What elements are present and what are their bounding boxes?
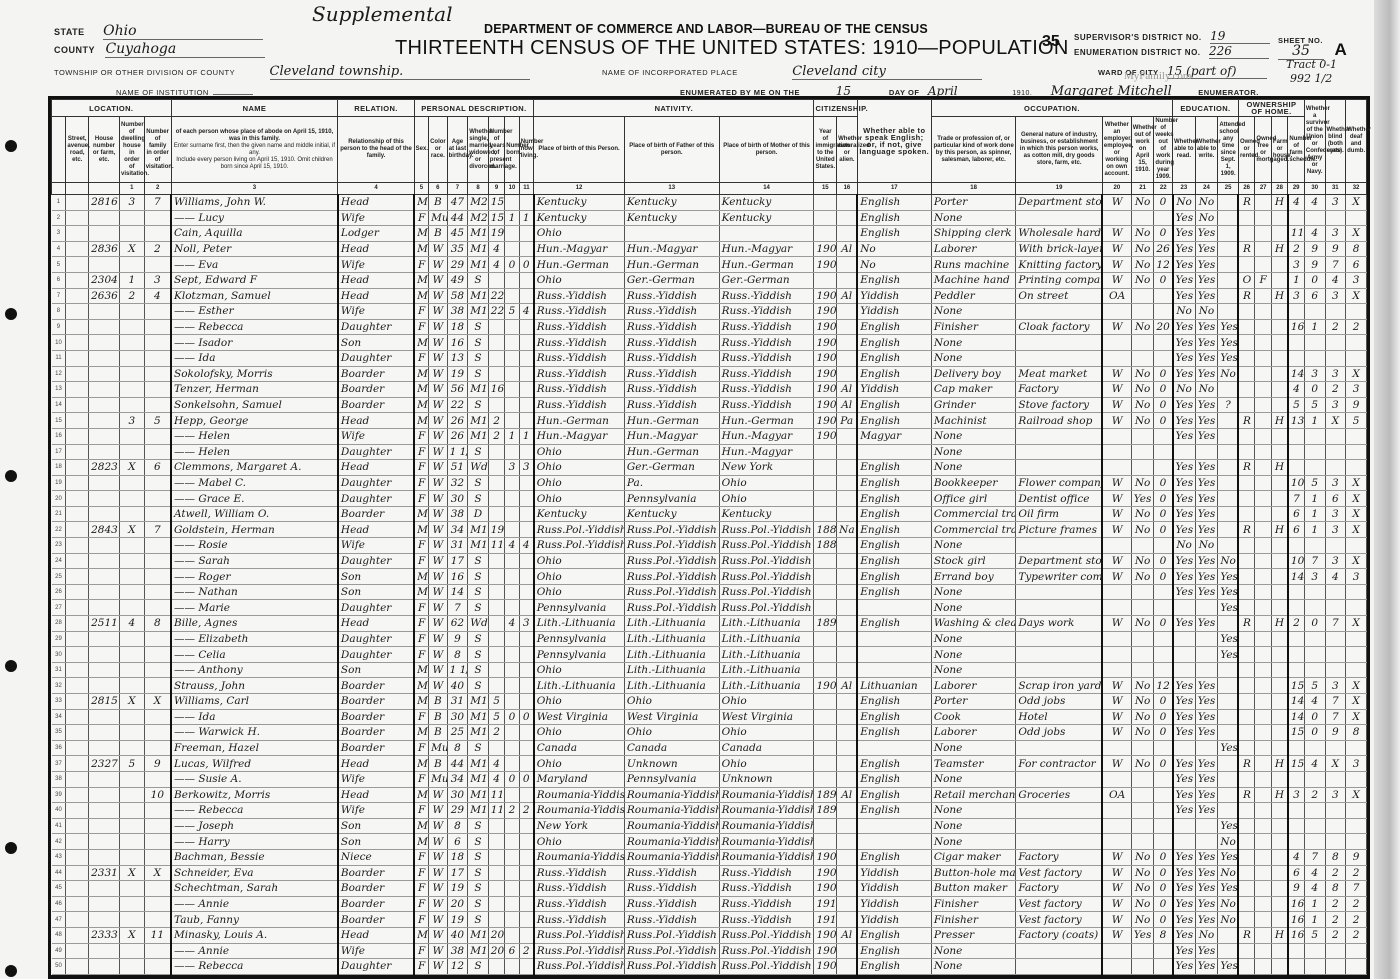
name-desc: of each person whose place of abode on A… <box>173 129 337 143</box>
cell-nat <box>837 818 858 834</box>
cell-wks: 0 <box>1154 756 1173 772</box>
cell-lang <box>857 631 931 647</box>
cell-born <box>505 834 519 850</box>
cell-imm: 1907 <box>814 335 837 351</box>
cell-wks <box>1154 538 1173 554</box>
cell-rel: Boarder <box>338 366 414 382</box>
cell-age: 32 <box>447 475 468 491</box>
cell-house <box>89 304 120 320</box>
cell-mbp: Russ.Pol.-Yiddish <box>719 553 814 569</box>
cell-c3: 7 <box>1325 257 1346 273</box>
cell-own <box>1238 584 1254 600</box>
cell-trade: Finisher <box>931 912 1015 928</box>
cell-house: 2836 <box>89 241 120 257</box>
cell-imm <box>814 725 837 741</box>
table-row: 45Schechtman, SarahBoarderFW19SRuss.-Yid… <box>52 881 1367 897</box>
cell-yrs <box>488 444 504 460</box>
cell-living <box>519 241 534 257</box>
table-row: 30—— CeliaDaughterFW8SPennsylvaniaLith.-… <box>52 647 1367 663</box>
group-personal: PERSONAL DESCRIPTION. <box>414 100 534 117</box>
cell-wr: Yes <box>1195 241 1218 257</box>
cell-mbp: Roumania-Yiddish <box>719 787 814 803</box>
table-row: 32Strauss, JohnBoarderMW40SLith.-Lithuan… <box>52 678 1367 694</box>
cell-wks <box>1154 740 1173 756</box>
cell-dw: 2 <box>119 288 144 304</box>
group-occupation: OCCUPATION. <box>931 100 1172 117</box>
cell-living <box>519 725 534 741</box>
cell-oow <box>1131 335 1154 351</box>
cell-wr: Yes <box>1195 475 1218 491</box>
cell-street <box>66 740 89 756</box>
cell-yrs: 11 <box>488 538 504 554</box>
cell-farm <box>1271 584 1287 600</box>
cell-wks: 0 <box>1154 694 1173 710</box>
cell-mar: S <box>468 912 489 928</box>
cell-lang: English <box>857 195 931 211</box>
cell-c2: 2 <box>1304 787 1325 803</box>
cell-rel: Head <box>338 413 414 429</box>
cell-farm <box>1271 226 1287 242</box>
cell-sex: F <box>414 709 428 725</box>
cell-mbp: Canada <box>719 740 814 756</box>
cell-c1 <box>1288 803 1305 819</box>
line-number: 31 <box>52 662 66 678</box>
cell-mar: M1 <box>468 927 489 943</box>
cell-c4: 2 <box>1346 865 1367 881</box>
cell-bp: West Virginia <box>534 709 625 725</box>
cell-born <box>505 631 519 647</box>
column-number: 18 <box>931 183 1015 195</box>
cell-lang: No <box>857 241 931 257</box>
cell-mbp: Russ.Pol.-Yiddish <box>719 522 814 538</box>
line-number: 50 <box>52 959 66 975</box>
cell-c4 <box>1346 943 1367 959</box>
cell-c1: 15 <box>1288 756 1305 772</box>
cell-emp: W <box>1102 272 1131 288</box>
cell-rd: Yes <box>1173 881 1196 897</box>
cell-c3 <box>1325 350 1346 366</box>
cell-c4 <box>1346 428 1367 444</box>
cell-sch <box>1218 694 1239 710</box>
cell-wr: Yes <box>1195 522 1218 538</box>
cell-race: W <box>429 319 448 335</box>
cell-fam <box>144 382 171 398</box>
department-heading: DEPARTMENT OF COMMERCE AND LABOR—BUREAU … <box>484 22 928 36</box>
cell-mbp <box>719 226 814 242</box>
cell-rd <box>1173 818 1196 834</box>
cell-wr: Yes <box>1195 584 1218 600</box>
cell-lang: Yiddish <box>857 881 931 897</box>
cell-trade: None <box>931 600 1015 616</box>
cell-living <box>519 569 534 585</box>
cell-rel: Wife <box>338 428 414 444</box>
line-number: 10 <box>52 335 66 351</box>
cell-imm <box>814 647 837 663</box>
cell-living <box>519 756 534 772</box>
cell-ind: Vest factory <box>1016 912 1103 928</box>
cell-oow <box>1131 210 1154 226</box>
cell-c3 <box>1325 771 1346 787</box>
cell-born <box>505 725 519 741</box>
cell-age: 1 1/2 <box>447 662 468 678</box>
incorporated-place-label: NAME OF INCORPORATED PLACE <box>602 68 738 77</box>
cell-dw <box>119 803 144 819</box>
cell-farm <box>1271 896 1287 912</box>
cell-c1 <box>1288 444 1305 460</box>
cell-lang: English <box>857 335 931 351</box>
cell-dw <box>119 600 144 616</box>
cell-born <box>505 272 519 288</box>
cell-c1: 16 <box>1288 896 1305 912</box>
line-number: 8 <box>52 304 66 320</box>
cell-mar: M1 <box>468 382 489 398</box>
cell-sex: M <box>414 522 428 538</box>
cell-bp: Russ.-Yiddish <box>534 288 625 304</box>
cell-wr: Yes <box>1195 257 1218 273</box>
cell-dw <box>119 350 144 366</box>
table-row: 3910Berkowitz, MorrisHeadMW30M111Roumani… <box>52 787 1367 803</box>
cell-wr: Yes <box>1195 803 1218 819</box>
cell-trade: None <box>931 959 1015 975</box>
cell-dw <box>119 382 144 398</box>
cell-trade: Retail merchant <box>931 787 1015 803</box>
cell-ind: Odd jobs <box>1016 725 1103 741</box>
tract-number: 992 1/2 <box>1290 72 1332 85</box>
cell-mbp: Roumania-Yiddish <box>719 818 814 834</box>
line-number: 12 <box>52 366 66 382</box>
cell-c1 <box>1288 304 1305 320</box>
table-row: 5—— EvaWifeFW29M1400Hun.-GermanHun.-Germ… <box>52 257 1367 273</box>
cell-emp <box>1102 335 1131 351</box>
cell-race: Mu <box>429 210 448 226</box>
cell-born <box>505 506 519 522</box>
cell-mbp: Lith.-Lithuania <box>719 616 814 632</box>
cell-bp: Russ.-Yiddish <box>534 397 625 413</box>
cell-imm <box>814 662 837 678</box>
line-number: 32 <box>52 678 66 694</box>
cell-rel: Head <box>338 288 414 304</box>
cell-emp <box>1102 444 1131 460</box>
cell-c1: 1 <box>1288 272 1305 288</box>
cell-living: 3 <box>519 460 534 476</box>
cell-oow: No <box>1131 865 1154 881</box>
cell-age: 44 <box>447 756 468 772</box>
cell-imm: 1905 <box>814 257 837 273</box>
cell-trade: Machinist <box>931 413 1015 429</box>
line-number: 7 <box>52 288 66 304</box>
cell-lang <box>857 818 931 834</box>
cell-fam: X <box>144 694 171 710</box>
cell-mbp: Ohio <box>719 491 814 507</box>
cell-wks: 0 <box>1154 522 1173 538</box>
cell-fbp: Russ.Pol.-Yiddish <box>624 538 719 554</box>
cell-wr: Yes <box>1195 350 1218 366</box>
cell-c2: 0 <box>1304 725 1325 741</box>
cell-sch <box>1218 444 1239 460</box>
cell-emp: W <box>1102 756 1131 772</box>
cell-rd: Yes <box>1173 428 1196 444</box>
cell-name: Clemmons, Margaret A. <box>171 460 338 476</box>
cell-ind: Factory <box>1016 382 1103 398</box>
cell-c4: X <box>1346 366 1367 382</box>
column-number: 32 <box>1346 183 1367 195</box>
cell-fbp: Lith.-Lithuania <box>624 678 719 694</box>
cell-age: 44 <box>447 210 468 226</box>
cell-sex: M <box>414 226 428 242</box>
cell-fam: 4 <box>144 288 171 304</box>
table-row: 222843X7Goldstein, HermanHeadMW34M119Rus… <box>52 522 1367 538</box>
column-number: 30 <box>1304 183 1325 195</box>
table-row: 8—— EstherWifeFW38M12254Russ.-YiddishRus… <box>52 304 1367 320</box>
cell-yrs <box>488 881 504 897</box>
cell-oow <box>1131 787 1154 803</box>
table-row: 1281637Williams, John W.HeadMB47M215Kent… <box>52 195 1367 211</box>
cell-yrs: 5 <box>488 709 504 725</box>
cell-wr: No <box>1195 210 1218 226</box>
cell-fam: 10 <box>144 787 171 803</box>
cell-mbp: Russ.Pol.-Yiddish <box>719 584 814 600</box>
cell-dw <box>119 771 144 787</box>
cell-ind: Stove factory <box>1016 397 1103 413</box>
cell-own <box>1238 226 1254 242</box>
cell-born <box>505 491 519 507</box>
cell-c3: 3 <box>1325 678 1346 694</box>
cell-yrs: 19 <box>488 522 504 538</box>
cell-imm: 1899 <box>814 803 837 819</box>
cell-trade: None <box>931 834 1015 850</box>
cell-rd: Yes <box>1173 678 1196 694</box>
cell-race: W <box>429 849 448 865</box>
cell-own <box>1238 600 1254 616</box>
cell-fam: 3 <box>144 272 171 288</box>
cell-imm: 1909 <box>814 849 837 865</box>
cell-yrs <box>488 319 504 335</box>
cell-trade: None <box>931 304 1015 320</box>
cell-emp: W <box>1102 522 1131 538</box>
cell-nat <box>837 771 858 787</box>
cell-house <box>89 771 120 787</box>
cell-own <box>1238 647 1254 663</box>
cell-mar: S <box>468 600 489 616</box>
cell-oow: No <box>1131 912 1154 928</box>
table-row: 50—— RebeccaDaughterFW12SRuss.Pol.-Yiddi… <box>52 959 1367 975</box>
cell-rd: No <box>1173 538 1196 554</box>
cell-c2 <box>1304 647 1325 663</box>
cell-ind: Vest factory <box>1016 865 1103 881</box>
cell-rel: Wife <box>338 257 414 273</box>
cell-wr <box>1195 444 1218 460</box>
cell-street <box>66 288 89 304</box>
cell-race: W <box>429 818 448 834</box>
table-row: 24—— SarahDaughterFW17SOhioRuss.Pol.-Yid… <box>52 553 1367 569</box>
cell-yrs <box>488 616 504 632</box>
cell-oow: No <box>1131 475 1154 491</box>
table-row: 47Taub, FannyBoarderFW19SRuss.-YiddishRu… <box>52 912 1367 928</box>
cell-age: 22 <box>447 397 468 413</box>
cell-wr <box>1195 662 1218 678</box>
cell-c4: 6 <box>1346 257 1367 273</box>
column-number: 16 <box>837 183 858 195</box>
cell-own <box>1238 725 1254 741</box>
cell-living: 4 <box>519 304 534 320</box>
cell-rd: Yes <box>1173 943 1196 959</box>
cell-living: 0 <box>519 771 534 787</box>
cell-wr: Yes <box>1195 319 1218 335</box>
cell-rd: Yes <box>1173 335 1196 351</box>
cell-rel: Daughter <box>338 631 414 647</box>
cell-lang: Yiddish <box>857 382 931 398</box>
cell-born <box>505 350 519 366</box>
cell-c1 <box>1288 740 1305 756</box>
cell-mar: M1 <box>468 709 489 725</box>
column-number <box>52 183 66 195</box>
cell-fbp: Russ.-Yiddish <box>624 881 719 897</box>
cell-rel: Wife <box>338 771 414 787</box>
cell-living <box>519 475 534 491</box>
cell-mar: M1 <box>468 725 489 741</box>
cell-nat <box>837 460 858 476</box>
township-field: TOWNSHIP OR OTHER DIVISION OF COUNTY Cle… <box>54 62 530 80</box>
cell-c3: 8 <box>1325 881 1346 897</box>
cell-c2 <box>1304 304 1325 320</box>
cell-nat <box>837 366 858 382</box>
cell-house <box>89 475 120 491</box>
cell-dw <box>119 366 144 382</box>
cell-c2: 9 <box>1304 257 1325 273</box>
cell-dw <box>119 881 144 897</box>
cell-mbp: Lith.-Lithuania <box>719 662 814 678</box>
cell-fbp: Lith.-Lithuania <box>624 631 719 647</box>
column-number: 14 <box>719 183 814 195</box>
cell-own <box>1238 678 1254 694</box>
cell-fbp: Hun.-German <box>624 444 719 460</box>
cell-free <box>1255 600 1271 616</box>
cell-mbp: Russ.Pol.-Yiddish <box>719 569 814 585</box>
cell-born <box>505 475 519 491</box>
cell-yrs: 22 <box>488 304 504 320</box>
binder-hole <box>5 965 17 977</box>
cell-mar: M1 <box>468 522 489 538</box>
cell-bp: Ohio <box>534 725 625 741</box>
cell-c4 <box>1346 335 1367 351</box>
cell-dw <box>119 319 144 335</box>
cell-race: W <box>429 538 448 554</box>
cell-wks: 12 <box>1154 257 1173 273</box>
cell-own <box>1238 959 1254 975</box>
cell-ind <box>1016 943 1103 959</box>
cell-nat: Al <box>837 397 858 413</box>
cell-trade: Finisher <box>931 896 1015 912</box>
cell-rel: Son <box>338 584 414 600</box>
cell-free <box>1255 304 1271 320</box>
cell-name: —— Esther <box>171 304 338 320</box>
cell-race: Mu <box>429 740 448 756</box>
cell-imm: 1903 <box>814 288 837 304</box>
cell-street <box>66 272 89 288</box>
cell-name: —— Eva <box>171 257 338 273</box>
cell-house <box>89 818 120 834</box>
col-birth-person: Place of birth of this Person. <box>534 117 625 183</box>
cell-living <box>519 413 534 429</box>
cell-ind <box>1016 600 1103 616</box>
cell-living <box>519 226 534 242</box>
cell-imm: 1906 <box>814 927 837 943</box>
cell-emp: W <box>1102 413 1131 429</box>
cell-house <box>89 382 120 398</box>
cell-own <box>1238 350 1254 366</box>
cell-bp: Roumania-Yiddish <box>534 803 625 819</box>
cell-race: W <box>429 647 448 663</box>
cell-yrs <box>488 506 504 522</box>
cell-rel: Boarder <box>338 709 414 725</box>
cell-c2: 1 <box>1304 413 1325 429</box>
cell-fbp: Kentucky <box>624 506 719 522</box>
cell-own <box>1238 444 1254 460</box>
cell-lang: English <box>857 787 931 803</box>
cell-wr: Yes <box>1195 226 1218 242</box>
cell-imm: 1905 <box>814 241 837 257</box>
cell-street <box>66 943 89 959</box>
cell-house <box>89 943 120 959</box>
cell-ind: Wholesale hardware <box>1016 226 1103 242</box>
cell-ind: Dentist office <box>1016 491 1103 507</box>
cell-mbp: Unknown <box>719 771 814 787</box>
cell-age: 14 <box>447 584 468 600</box>
line-number: 18 <box>52 460 66 476</box>
cell-trade: None <box>931 631 1015 647</box>
cell-farm: H <box>1271 522 1287 538</box>
cell-farm <box>1271 506 1287 522</box>
line-number: 36 <box>52 740 66 756</box>
cell-mar: M2 <box>468 195 489 211</box>
cell-nat <box>837 959 858 975</box>
cell-oow: No <box>1131 226 1154 242</box>
cell-rd: Yes <box>1173 959 1196 975</box>
cell-lang: English <box>857 413 931 429</box>
cell-age: 30 <box>447 787 468 803</box>
cell-mar: M1 <box>468 241 489 257</box>
cell-name: Bachman, Bessie <box>171 849 338 865</box>
cell-age: 25 <box>447 725 468 741</box>
cell-wks <box>1154 647 1173 663</box>
cell-c1: 3 <box>1288 787 1305 803</box>
cell-fbp: Hun.-German <box>624 257 719 273</box>
cell-street <box>66 584 89 600</box>
cell-mar: S <box>468 397 489 413</box>
cell-age: 17 <box>447 865 468 881</box>
cell-free <box>1255 818 1271 834</box>
cell-wks: 0 <box>1154 849 1173 865</box>
cell-dw: X <box>119 865 144 881</box>
cell-c3 <box>1325 959 1346 975</box>
cell-free <box>1255 647 1271 663</box>
cell-wks: 0 <box>1154 397 1173 413</box>
cell-ind: Knitting factory <box>1016 257 1103 273</box>
cell-race: W <box>429 475 448 491</box>
cell-trade: Button-hole maker <box>931 865 1015 881</box>
cell-wks: 0 <box>1154 865 1173 881</box>
cell-c3: 7 <box>1325 616 1346 632</box>
cell-trade: Washing & cleaning <box>931 616 1015 632</box>
cell-nat <box>837 647 858 663</box>
cell-mbp: Roumania-Yiddish <box>719 849 814 865</box>
cell-lang: Yiddish <box>857 912 931 928</box>
enumeration-value: 226 <box>1209 44 1269 59</box>
cell-street <box>66 803 89 819</box>
cell-own: O <box>1238 272 1254 288</box>
cell-ind <box>1016 631 1103 647</box>
cell-c1 <box>1288 818 1305 834</box>
